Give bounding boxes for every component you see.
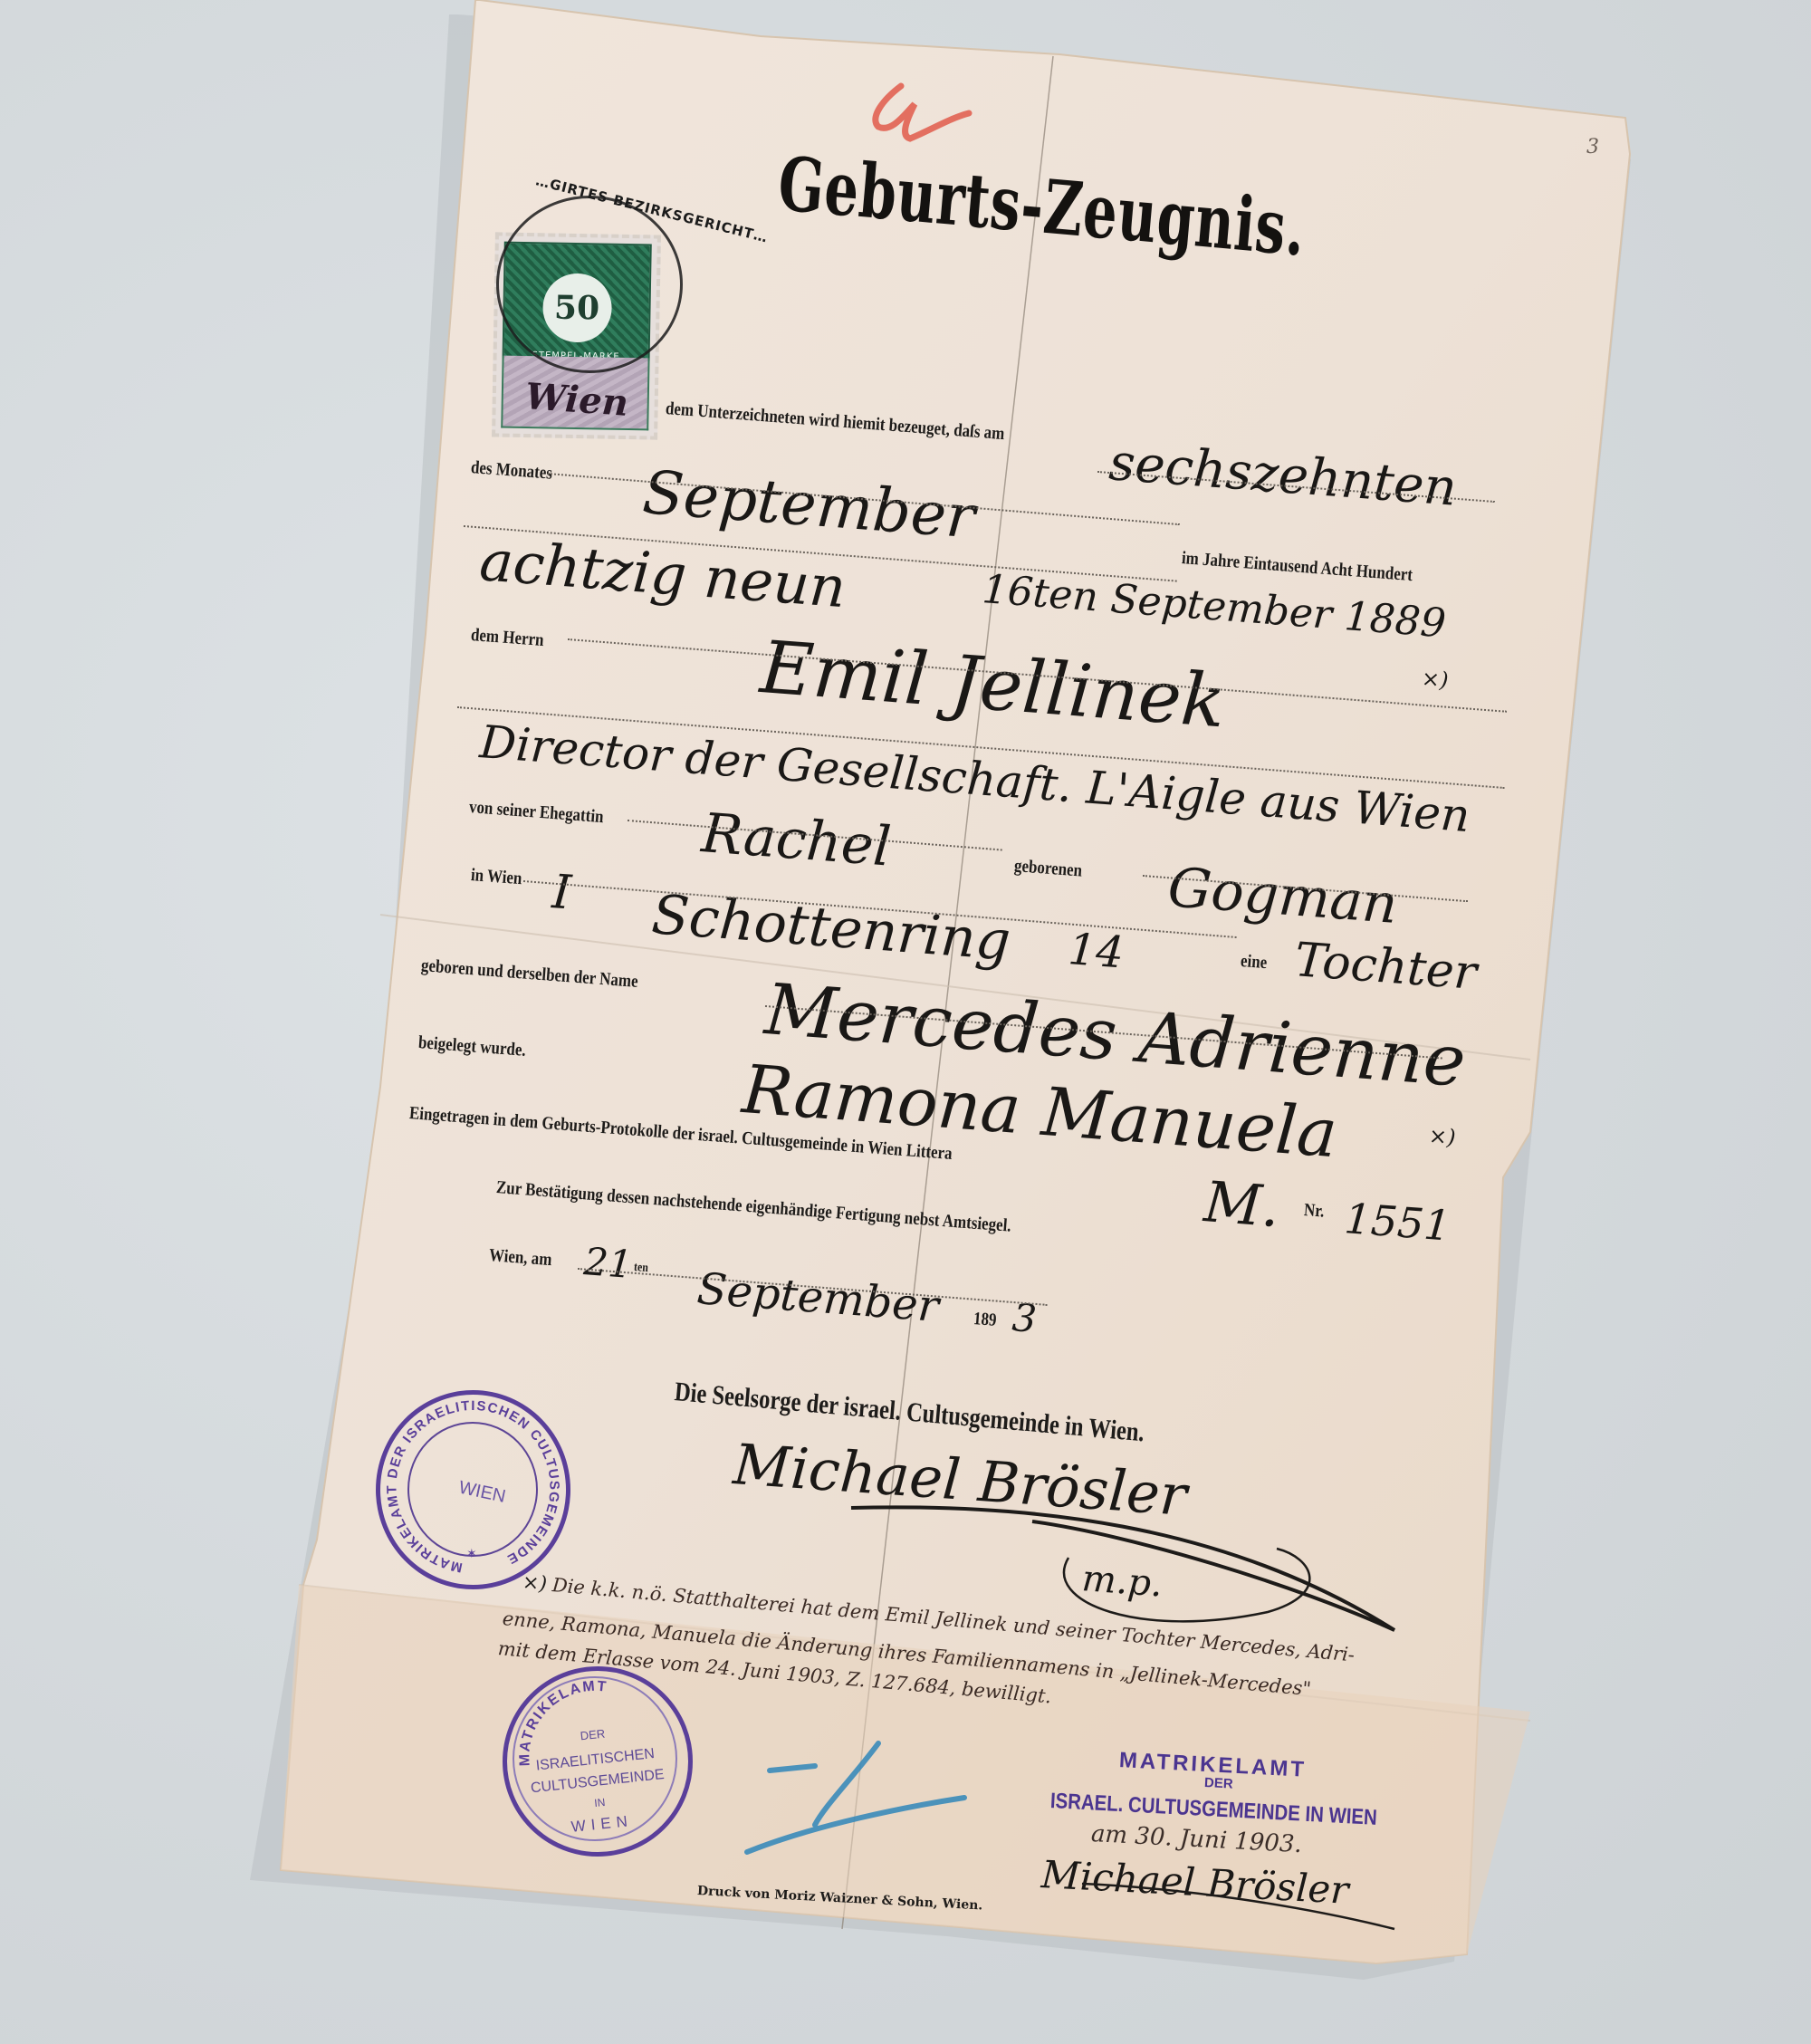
- rect-stamp-line-2: DER: [1204, 1775, 1234, 1792]
- born-label: geboren und derselben der Name: [420, 955, 638, 993]
- address-label: in Wien: [470, 865, 522, 889]
- rect-stamp-signature-underline-icon: [1078, 1875, 1404, 1938]
- svg-text:✶: ✶: [466, 1547, 477, 1561]
- given-label: beigelegt wurde.: [417, 1032, 526, 1061]
- revenue-stamp-handwriting: Wien: [523, 375, 629, 425]
- child-label: eine: [1240, 951, 1268, 974]
- issue-year-prefix: 189: [973, 1309, 997, 1331]
- round-stamp-2-bottom: WIEN: [570, 1812, 634, 1836]
- blue-pencil-mark-icon: [743, 1734, 969, 1861]
- house-number-handwritten: 14: [1067, 924, 1126, 978]
- certificate: 3 Geburts-Zeugnis. 50 STEMPEL-MARKE …GIR…: [0, 0, 1811, 2044]
- round-stamp-2-text: MATRIKELAMT DER ISRAELITISCHEN CULTUSGEM…: [503, 1666, 693, 1857]
- nr-handwritten: 1551: [1343, 1194, 1452, 1251]
- district-handwritten: I: [551, 865, 573, 920]
- littera-handwritten: M.: [1202, 1168, 1281, 1240]
- round-stamp-2-line-4: IN: [594, 1796, 606, 1809]
- round-stamp-1-center: WIEN: [457, 1478, 508, 1507]
- round-stamp-2-line-1: DER: [580, 1727, 606, 1743]
- mother-label: von seiner Ehegattin: [468, 797, 604, 828]
- maiden-label: geborenen: [1013, 856, 1083, 882]
- year-label: im Jahre Eintausend Acht Hundert: [1181, 548, 1413, 586]
- father-footnote-marker: ×): [1421, 666, 1450, 693]
- issue-month-handwritten: September: [695, 1263, 941, 1332]
- confirmation-text: Zur Bestätigung dessen nachstehende eige…: [495, 1177, 1011, 1237]
- issue-day-handwritten: 21: [582, 1239, 634, 1287]
- signature-suffix: m.p.: [1080, 1558, 1164, 1606]
- round-stamp-1-text: MATRIKELAMT DER ISRAELITISCHEN CULTUSGEM…: [376, 1390, 570, 1585]
- occupation-handwritten: Director der Gesellschaft. L'Aigle aus W…: [478, 715, 1471, 842]
- printer-credit: Druck von Moriz Waizner & Sohn, Wien.: [697, 1884, 983, 1913]
- note-marker: ×): [522, 1571, 548, 1596]
- place-date-label: Wien, am: [488, 1245, 552, 1271]
- intro-text: dem Unterzeichneten wird hiemit bezeuget…: [665, 398, 1005, 445]
- rect-stamp-date-handwritten: am 30. Juni 1903.: [1090, 1820, 1302, 1858]
- nr-label: Nr.: [1303, 1200, 1325, 1223]
- month-label: des Monates: [470, 457, 553, 485]
- page-number: 3: [1586, 136, 1599, 158]
- name-footnote-marker: ×): [1428, 1123, 1457, 1150]
- maiden-name-handwritten: Gogman: [1165, 856, 1399, 936]
- mother-name-handwritten: Rachel: [699, 801, 893, 878]
- father-label: dem Herrn: [470, 625, 544, 651]
- red-pencil-mark-icon: [865, 77, 982, 149]
- document-title: Geburts-Zeugnis.: [775, 140, 1309, 273]
- child-handwritten: Tochter: [1293, 933, 1479, 1001]
- cancellation-postmark: [496, 196, 683, 373]
- street-handwritten: Schottenring: [649, 883, 1012, 974]
